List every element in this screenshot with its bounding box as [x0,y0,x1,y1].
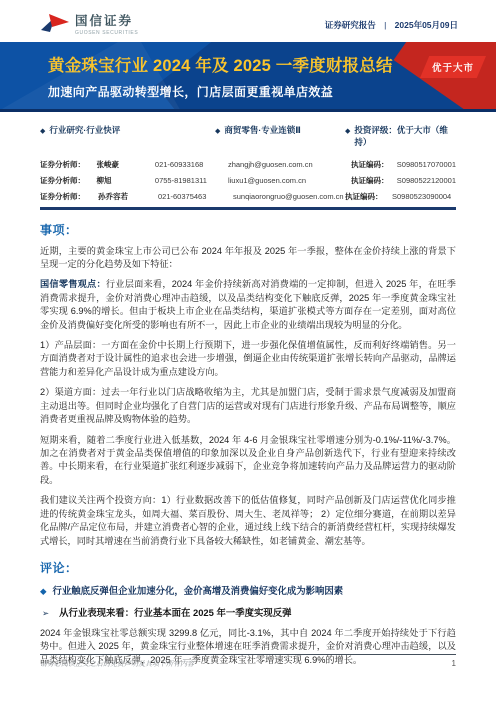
meta-rating: ◆ 投资评级：优于大市（维持） [345,124,456,148]
matters-heading: 事项： [40,221,456,238]
license-code: S0980522120001 [397,176,456,185]
paragraph-intro: 近期，主要的黄金珠宝上市公司已公布 2024 年年报及 2025 年一季报，整体… [40,245,456,272]
paragraph-viewpoint: 国信零售观点：行业层面来看，2024 年金价持续新高对消费端的一定抑制，但进入 … [40,278,456,332]
comment-heading: 评论： [40,559,456,576]
analyst-role-label: 证券分析师： [40,159,96,170]
industry-performance-subheading: ➢ 从行业表现来看：行业基本面在 2025 年一季度实现反弹 [40,605,456,619]
page-footer: 请务必阅读正文之后的免责声明及其项下所有内容 1 [40,654,456,669]
license-code: S0980517070001 [397,160,456,169]
report-subtitle: 加速向产品驱动转型增长，门店层面更重视单店效益 [48,83,401,100]
comment-bullet: ◆ 行业触底反弹但企业加速分化，金价高增及消费偏好变化成为影响因素 [40,583,456,597]
analyst-phone: 021-60375463 [158,192,233,201]
analyst-row: 证券分析师： 张峻豪 021-60933168 zhangjh@guosen.c… [40,159,456,170]
guosen-logo-icon [40,12,70,36]
guosen-logo: 国信证券 GUOSEN SECURITIES [40,11,138,36]
analyst-row: 证券分析师： 孙乔容若 021-60375463 sunqiaorongruo@… [40,191,456,202]
report-type-and-date: 证券研究报告 | 2025年05月09日 [325,19,458,31]
arrow-icon: ➢ [42,608,49,619]
disclaimer-text: 请务必阅读正文之后的免责声明及其项下所有内容 [40,659,194,669]
diamond-icon: ◆ [40,586,47,597]
industry-performance-text: 从行业表现来看：行业基本面在 2025 年一季度实现反弹 [59,605,291,619]
title-banner: 黄金珠宝行业 2024 年及 2025 一季度财报总结 加速向产品驱动转型增长，… [0,42,496,112]
analyst-email: sunqiaorongruo@guosen.com.cn [233,192,345,201]
diamond-icon: ◆ [40,127,45,135]
analyst-email: zhangjh@guosen.com.cn [228,160,337,169]
analyst-role-label: 证券分析师： [40,191,98,202]
logo-text: 国信证券 GUOSEN SECURITIES [75,11,138,36]
analyst-role-label: 证券分析师： [40,175,96,186]
report-page: 国信证券 GUOSEN SECURITIES 证券研究报告 | 2025年05月… [0,0,496,701]
analyst-name: 张峻豪 [96,159,154,170]
analyst-email: liuxu1@guosen.com.cn [228,176,337,185]
viewpoint-lead: 国信零售观点： [40,279,106,289]
analyst-name: 孙乔容若 [98,191,158,202]
comment-bullet-text: 行业触底反弹但企业加速分化，金价高增及消费偏好变化成为影响因素 [53,583,344,597]
meta-sector: ◆ 商贸零售·专业连锁Ⅱ [215,124,345,148]
diamond-icon: ◆ [345,127,350,135]
meta-category: ◆ 行业研究·行业快评 [40,124,215,148]
report-title: 黄金珠宝行业 2024 年及 2025 一季度财报总结 [48,52,401,76]
diamond-icon: ◆ [215,127,220,135]
analyst-list: 证券分析师： 张峻豪 021-60933168 zhangjh@guosen.c… [40,159,456,202]
logo-name-en: GUOSEN SECURITIES [75,30,138,36]
analyst-phone: 0755-81981311 [155,176,228,185]
analyst-row: 证券分析师： 柳旭 0755-81981311 liuxu1@guosen.co… [40,175,456,186]
license-label: 执证编码： [351,175,397,186]
rating-label: 投资评级：优于大市（维持） [354,124,456,148]
rating-badge: 优于大市 [420,56,486,78]
category-label: 行业研究·行业快评 [49,124,120,136]
paragraph-investment-advice: 我们建议关注两个投资方向：1）行业数据改善下的低估值修复，同时产品创新及门店运营… [40,494,456,548]
paragraph-outlook: 短期来看，随着二季度行业进入低基数，2024 年 4-6 月金银珠宝社零增速分别… [40,434,456,488]
paragraph-product: 1）产品层面：一方面在金价中长期上行预期下，进一步强化保值增值属性，反而利好终端… [40,339,456,379]
paragraph-channel: 2）渠道方面：过去一年行业以门店战略收缩为主，尤其是加盟门店，受制于需求景气度减… [40,386,456,426]
page-number: 1 [452,659,456,668]
report-date: 2025年05月09日 [395,20,458,30]
sector-label: 商贸零售·专业连锁Ⅱ [224,124,300,136]
license-code: S0980523090004 [392,192,451,201]
top-bar: 国信证券 GUOSEN SECURITIES 证券研究报告 | 2025年05月… [0,0,496,42]
report-body: ◆ 行业研究·行业快评 ◆ 商贸零售·专业连锁Ⅱ ◆ 投资评级：优于大市（维持）… [0,112,496,667]
report-type-label: 证券研究报告 [325,20,376,30]
banner-text: 黄金珠宝行业 2024 年及 2025 一季度财报总结 加速向产品驱动转型增长，… [0,42,496,100]
logo-name-cn: 国信证券 [75,11,138,29]
analyst-name: 柳旭 [96,175,154,186]
meta-row: ◆ 行业研究·行业快评 ◆ 商贸零售·专业连锁Ⅱ ◆ 投资评级：优于大市（维持） [40,124,456,148]
license-label: 执证编码： [345,191,392,202]
section-divider-rule [40,207,456,210]
separator: | [384,20,386,30]
analyst-phone: 021-60933168 [155,160,228,169]
license-label: 执证编码： [351,159,397,170]
